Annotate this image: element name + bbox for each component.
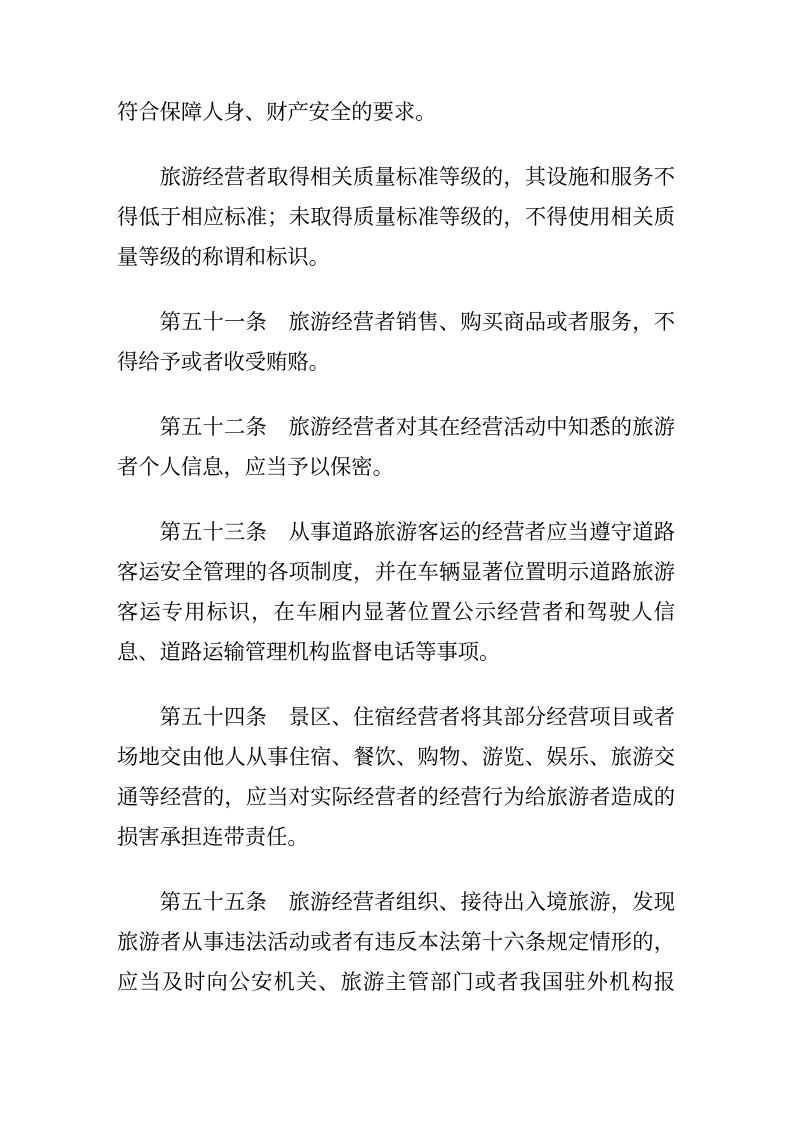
- document-page: 符合保障人身、财产安全的要求。 旅游经营者取得相关质量标准等级的，其设施和服务不…: [0, 0, 793, 1122]
- article-53-paragraph: 第五十三条 从事道路旅游客运的经营者应当遵守道路客运安全管理的各项制度，并在车辆…: [117, 512, 675, 672]
- article-55-paragraph-cutoff: 第五十五条 旅游经营者组织、接待出入境旅游，发现旅游者从事违法活动或者有违反本法…: [117, 882, 675, 1002]
- paragraph-continuation: 符合保障人身、财产安全的要求。: [117, 92, 675, 132]
- paragraph-quality-grade: 旅游经营者取得相关质量标准等级的，其设施和服务不得低于相应标准；未取得质量标准等…: [117, 157, 675, 277]
- article-52-paragraph: 第五十二条 旅游经营者对其在经营活动中知悉的旅游者个人信息，应当予以保密。: [117, 407, 675, 487]
- article-54-paragraph: 第五十四条 景区、住宿经营者将其部分经营项目或者场地交由他人从事住宿、餐饮、购物…: [117, 697, 675, 857]
- article-51-paragraph: 第五十一条 旅游经营者销售、购买商品或者服务，不得给予或者收受贿赂。: [117, 302, 675, 382]
